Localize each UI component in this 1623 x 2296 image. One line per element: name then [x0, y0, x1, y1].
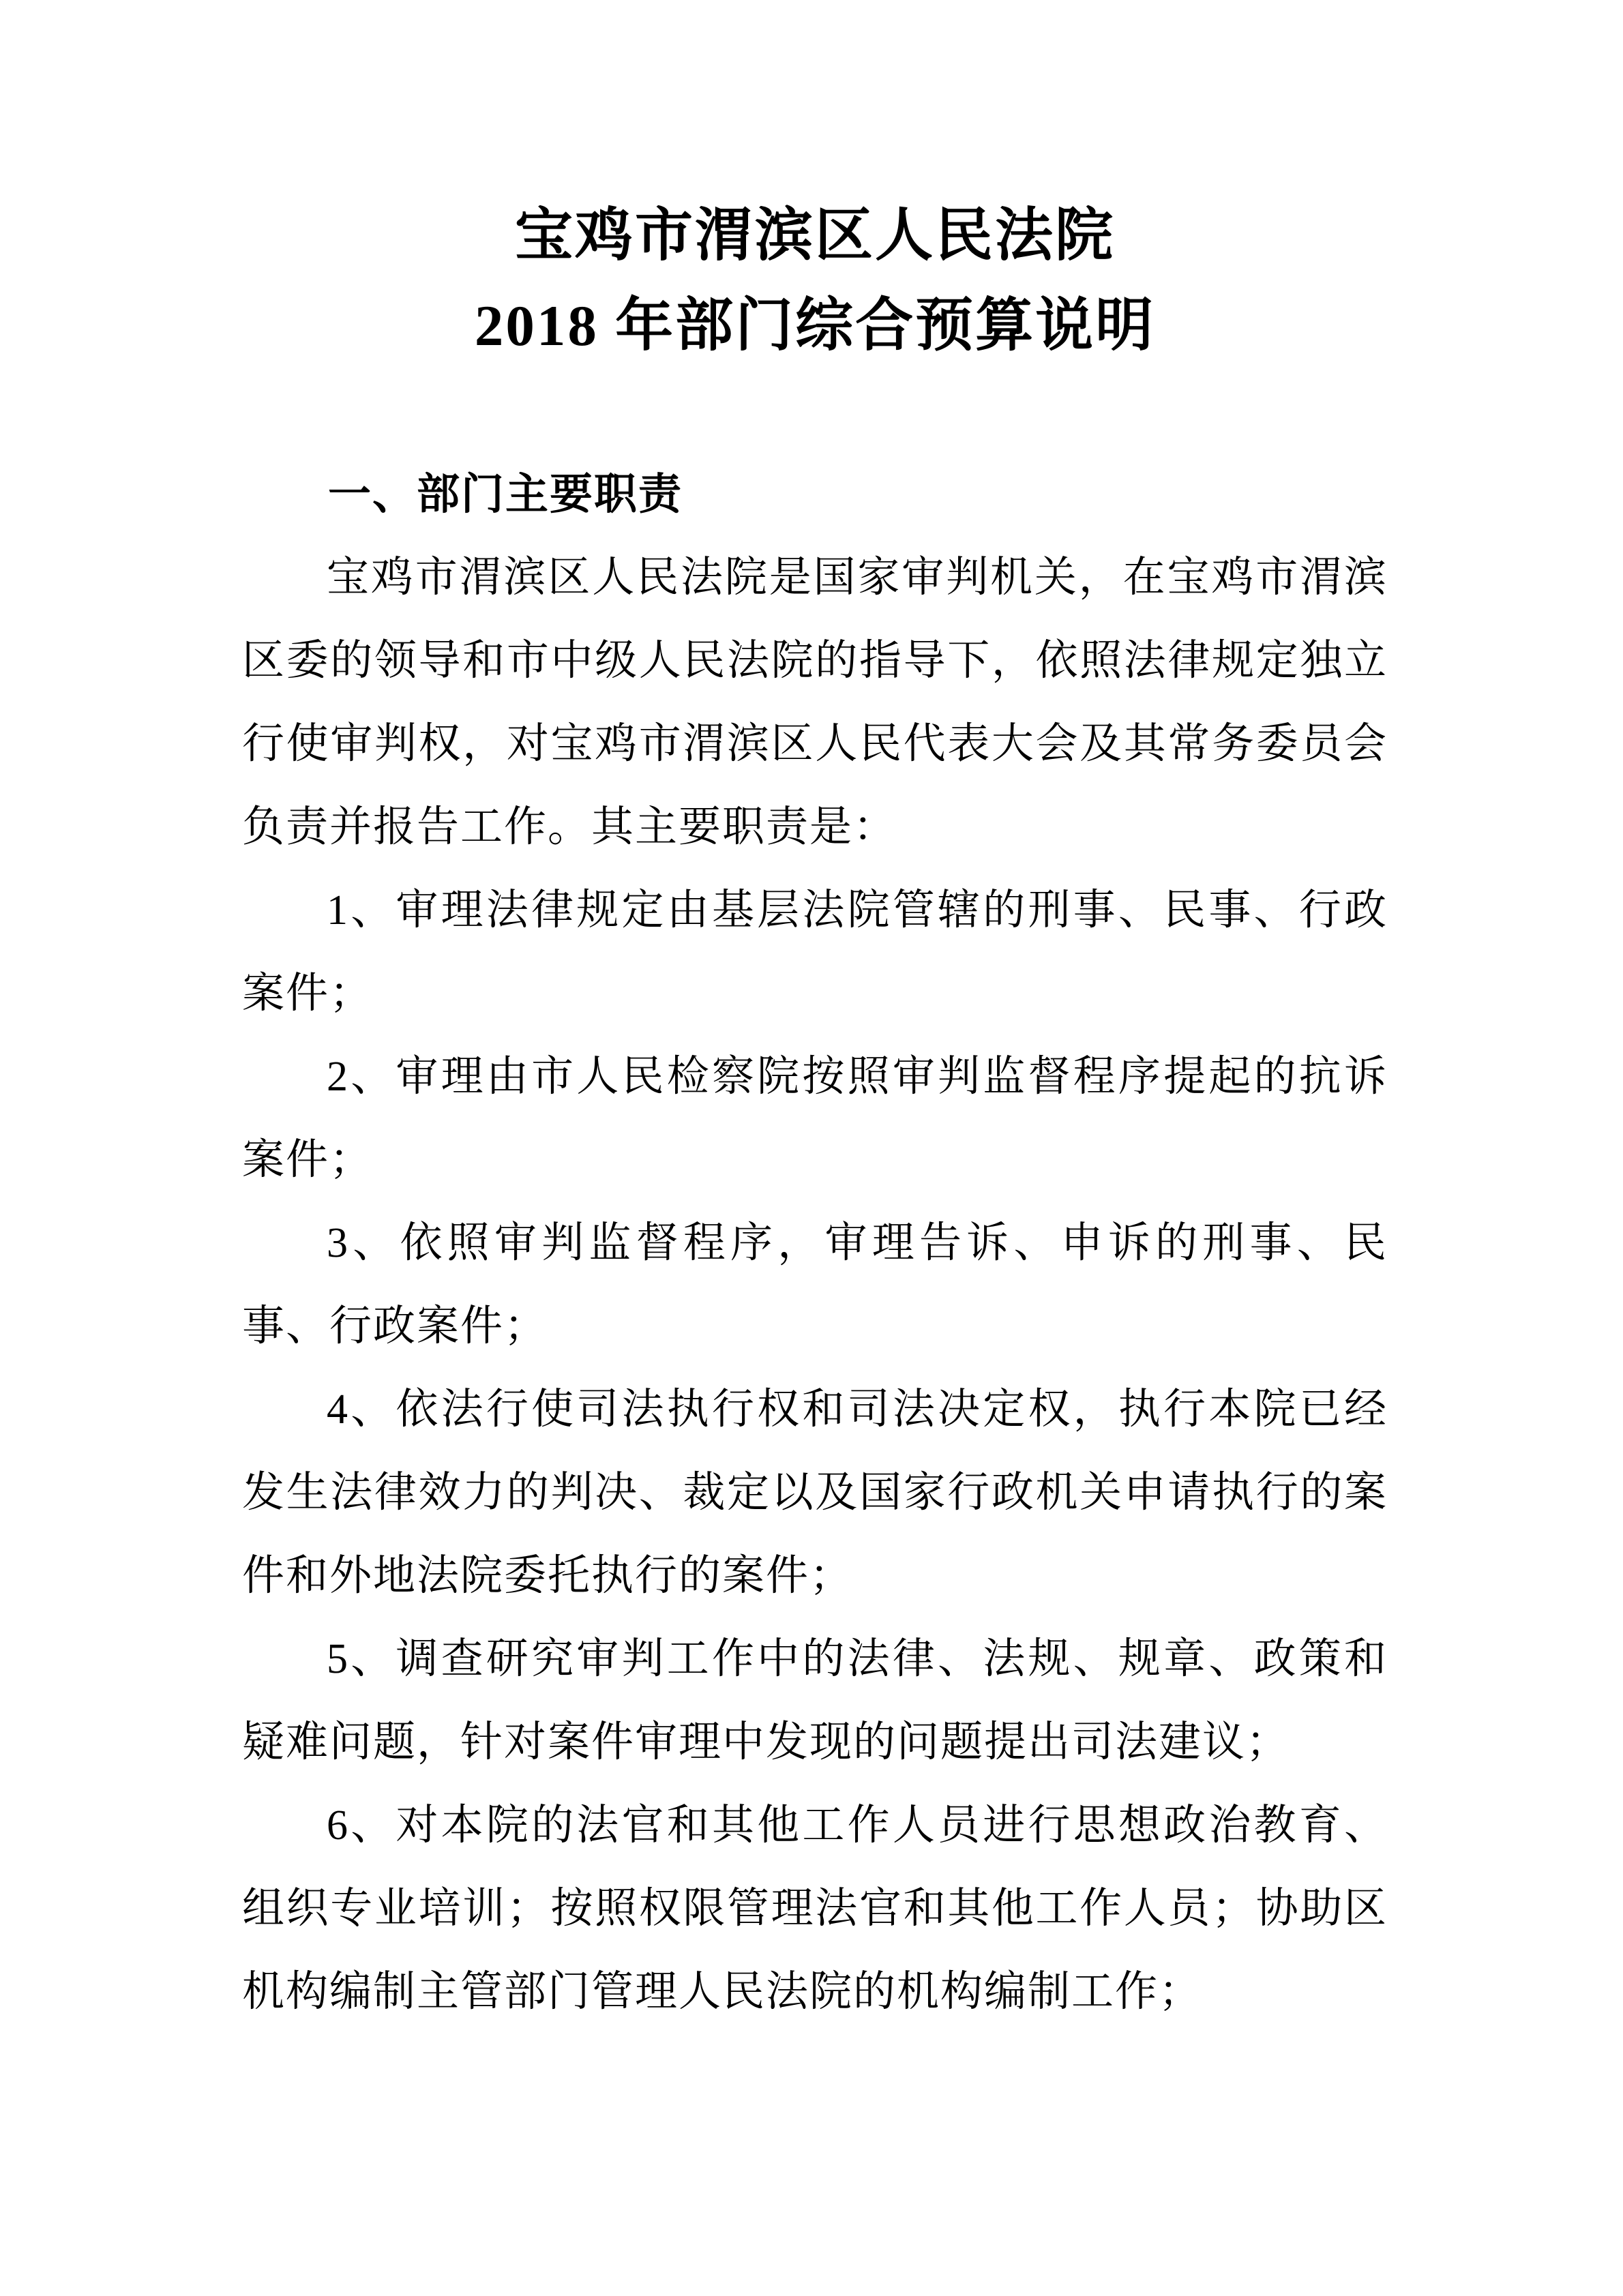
body-paragraph: 2、审理由市人民检察院按照审判监督程序提起的抗诉案件；: [242, 1035, 1388, 1202]
document-title: 宝鸡市渭滨区人民法院 2018 年部门综合预算说明: [242, 191, 1388, 371]
body-paragraph: 5、调查研究审判工作中的法律、法规、规章、政策和疑难问题，针对案件审理中发现的问…: [242, 1617, 1388, 1784]
section-heading: 一、部门主要职责: [242, 453, 1388, 536]
body-paragraph: 1、审理法律规定由基层法院管辖的刑事、民事、行政案件；: [242, 869, 1388, 1035]
document-body: 宝鸡市渭滨区人民法院是国家审判机关，在宝鸡市渭滨区委的领导和市中级人民法院的指导…: [242, 536, 1388, 2033]
body-paragraph: 6、对本院的法官和其他工作人员进行思想政治教育、组织专业培训；按照权限管理法官和…: [242, 1784, 1388, 2033]
document-title-line2: 2018 年部门综合预算说明: [242, 281, 1388, 371]
body-paragraph: 3、依照审判监督程序，审理告诉、申诉的刑事、民事、行政案件；: [242, 1202, 1388, 1368]
body-paragraph: 4、依法行使司法执行权和司法决定权，执行本院已经发生法律效力的判决、裁定以及国家…: [242, 1368, 1388, 1617]
body-paragraph: 宝鸡市渭滨区人民法院是国家审判机关，在宝鸡市渭滨区委的领导和市中级人民法院的指导…: [242, 536, 1388, 869]
document-title-line1: 宝鸡市渭滨区人民法院: [242, 191, 1388, 281]
document-page: 宝鸡市渭滨区人民法院 2018 年部门综合预算说明 一、部门主要职责 宝鸡市渭滨…: [0, 0, 1623, 2296]
